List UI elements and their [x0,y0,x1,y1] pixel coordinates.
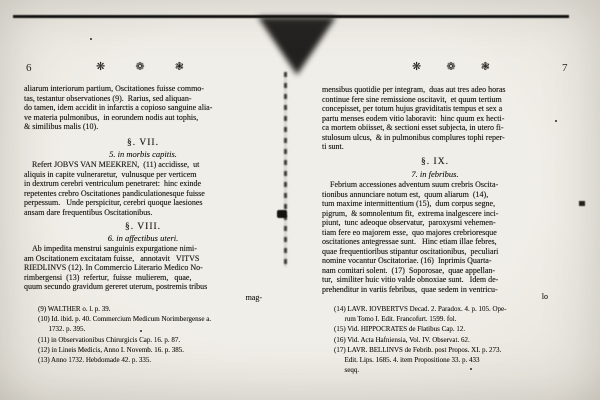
paper-speck [90,38,92,40]
section-subtitle-in-febribus: 7. in febribus. [322,169,548,179]
fleuron-ornament-icon: ❃ [175,60,184,73]
section-mark-ix: §. IX. [322,157,548,167]
right-page: ❋ ❁ ❃ 7 mensibus quotidie per integram, … [322,58,572,388]
section-mark-vii: §. VII. [24,138,262,148]
book-scan: 6 ❋ ❁ ❃ aliarum interiorum partium, Osci… [0,0,600,400]
paragraph-continued-mensibus: mensibus quotidie per integram, duas aut… [322,85,554,152]
footnotes-right: (14) LAVR. IOVBERTVS Decad. 2. Paradox. … [334,304,564,375]
section-subtitle-morbis-capitis: 5. in morbis capitis. [24,149,262,159]
ink-blot [277,210,287,218]
fleuron-ornament-icon: ❋ [96,60,105,73]
catchword-left: mag- [24,293,262,302]
fleuron-ornament-icon: ❁ [135,60,144,73]
fleuron-ornament-icon: ❁ [446,60,455,73]
paragraph-in-febribus: Febrium accessiones adventum suum crebri… [322,180,554,294]
section-mark-viii: §. VIII. [24,222,262,232]
header-ornaments-left: ❋ ❁ ❃ [96,60,184,73]
header-ornaments-right: ❋ ❁ ❃ [412,60,490,73]
paragraph-continued-oscitationes: aliarum interiorum partium, Oscitationes… [24,84,262,132]
page-number-right: 7 [562,62,568,74]
catchword-right: lo [322,292,548,301]
left-page: 6 ❋ ❁ ❃ aliarum interiorum partium, Osci… [24,58,274,388]
paragraph-affectibus-uteri: Ab impedita menstrui sanguinis expurgati… [24,244,262,292]
footnotes-left: (9) WALTHER o. l. p. 39. (10) Id. ibid. … [38,304,268,365]
section-subtitle-affectibus-uteri: 6. in affectibus uteri. [24,233,262,243]
fleuron-ornament-icon: ❋ [412,60,421,73]
margin-speck [579,201,585,206]
fleuron-ornament-icon: ❃ [481,60,490,73]
paragraph-morbis-capitis: Refert JOBVS VAN MEEKREN, (11) accidisse… [24,160,262,217]
spine-fold-line [284,72,287,267]
page-number-left: 6 [26,62,32,74]
